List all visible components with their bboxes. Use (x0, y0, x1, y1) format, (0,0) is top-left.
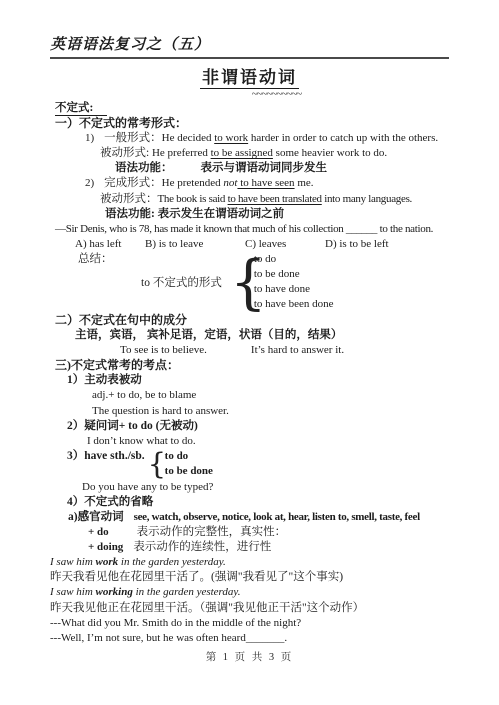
item-2-passive-text-end: into many languages. (322, 193, 412, 205)
function-2-label: 语法功能: (105, 208, 155, 220)
item-1-text: He decided (162, 132, 215, 144)
item-1-label: 一般形式： (104, 132, 162, 144)
point-3-line-1: Do you have any to be typed? (82, 480, 449, 495)
option-d: D) is to be left (325, 237, 389, 252)
point-1-line-1: adj.+ to do, be to blame (92, 388, 449, 403)
small-brace-glyph: { (148, 449, 158, 479)
document-page: 英语语法复习之（五） 非谓语动词 ~~~~~~~~~~ 不定式: 一）不定式的常… (0, 0, 499, 705)
item-2-italic: not (223, 177, 237, 189)
item-2-num: 2) (85, 177, 94, 189)
function-1-line: 语法功能：表示与谓语动词同步发生 (50, 161, 449, 176)
item-2-underlined: to have seen (237, 177, 294, 189)
item-2-text: He pretended (162, 177, 224, 189)
item-1-line: 1)一般形式：He decided to work harder in orde… (50, 131, 449, 146)
plus-doing-text: 表示动作的连续性，进行性 (133, 541, 271, 553)
example-1-text: I saw him (50, 556, 96, 568)
doc-title: 英语语法复习之（五） (50, 36, 449, 59)
section-1-title: 一）不定式的常考形式： (55, 116, 449, 131)
item-1-num: 1) (85, 132, 94, 144)
example-2-english: I saw him working in the garden yesterda… (50, 585, 449, 600)
plus-do-label: + do (88, 526, 109, 538)
summary-brace-block: 总结： to 不定式的形式 { to do to be done to have… (50, 252, 449, 313)
section-2-example-2: It’s hard to answer it. (251, 344, 344, 356)
point-1-line-2: The question is hard to answer. (92, 404, 449, 419)
plus-do-line: + do表示动作的完整性，真实性： (50, 525, 449, 540)
dialogue-line-1: ---What did you Mr. Smith do in the midd… (50, 616, 449, 631)
example-2-keyword: working (96, 586, 133, 598)
item-2-label: 完成形式： (104, 177, 162, 189)
point-3-item: to be done (165, 464, 213, 479)
plus-do-text: 表示动作的完整性，真实性： (137, 526, 287, 538)
brace-label: to 不定式的形式 (141, 274, 222, 290)
function-2-text: 表示发生在谓语动词之前 (158, 208, 285, 220)
example-2-chinese: 昨天我见他正在花园里干活。（强调"我见他正干活"这个动作） (50, 601, 449, 616)
point-2-title: 2）疑问词+ to do (无被动) (67, 419, 449, 434)
summary-label: 总结： (78, 252, 115, 267)
point-1-title: 1）主动表被动 (67, 373, 449, 388)
function-2-line: 语法功能: 表示发生在谓语动词之前 (50, 207, 449, 222)
point-4a-label: a)感官动词 (68, 511, 124, 523)
main-title: 非谓语动词 (200, 68, 299, 89)
section-2-roles: 主语，宾语， 宾补足语，定语，状语（目的，结果） (75, 328, 449, 343)
section-2-examples: To see is to believe.It’s hard to answer… (50, 343, 449, 358)
item-1-passive-text: He preferred (149, 147, 210, 159)
item-1-text-end: harder in order to catch up with the oth… (248, 132, 438, 144)
infinitive-heading: 不定式: (50, 101, 449, 116)
plus-doing-label: + doing (88, 541, 123, 553)
item-2-passive-underlined: to have been translated (228, 193, 322, 205)
item-1-passive-underlined: to be assigned (211, 147, 273, 159)
brace-glyph: { (230, 253, 246, 312)
item-2-passive-label: 被动形式： (100, 193, 158, 205)
function-1-label: 语法功能： (115, 162, 173, 174)
point-3-items: to do to be done (158, 449, 213, 480)
example-1-keyword: work (96, 556, 119, 568)
item-1-underlined: to work (214, 132, 248, 144)
item-2-line: 2)完成形式：He pretended not to have seen me. (50, 176, 449, 191)
dialogue-line-2: ---Well, I’m not sure, but he was often … (50, 631, 449, 646)
infinitive-heading-label: 不定式: (55, 102, 107, 116)
plus-doing-line: + doing表示动作的连续性，进行性 (50, 540, 449, 555)
section-2-example-1: To see is to believe. (120, 344, 207, 356)
main-title-row: 非谓语动词 (50, 67, 449, 91)
point-3-brace-block: 3）have sth./sb. { to do to be done (50, 449, 449, 480)
exam-question: ―Sir Denis, who is 78, has made it known… (55, 222, 449, 237)
point-3-item: to do (165, 449, 213, 464)
point-3-title: 3）have sth./sb. (67, 449, 145, 464)
point-4-title: 4）不定式的省略 (67, 495, 449, 510)
item-2-passive-text: The book is said (158, 193, 228, 205)
item-1-passive-line: 被动形式: He preferred to be assigned some h… (50, 146, 449, 161)
function-1-text: 表示与谓语动词同步发生 (201, 162, 328, 174)
point-2-line-1: I don’t know what to do. (87, 434, 449, 449)
page-footer: 第 1 页 共 3 页 (50, 649, 449, 664)
option-a: A) has left (75, 237, 145, 252)
example-2-text: I saw him (50, 586, 96, 598)
document-content: 英语语法复习之（五） 非谓语动词 ~~~~~~~~~~ 不定式: 一）不定式的常… (50, 36, 449, 664)
item-2-text-end: me. (295, 177, 314, 189)
item-1-passive-text-end: some heavier work to do. (273, 147, 387, 159)
example-1-english: I saw him work in the garden yesterday. (50, 555, 449, 570)
item-1-passive-label: 被动形式: (100, 147, 149, 159)
example-2-text-end: in the garden yesterday. (133, 586, 241, 598)
example-1-text-end: in the garden yesterday. (118, 556, 226, 568)
example-1-chinese: 昨天我看见他在花园里干活了。(强调"我看见了"这个事实) (50, 570, 449, 585)
item-2-passive-line: 被动形式：The book is said to have been trans… (50, 192, 449, 207)
point-4a-verbs: see, watch, observe, notice, look at, he… (134, 511, 420, 523)
point-4a-line: a)感官动词see, watch, observe, notice, look … (50, 510, 449, 525)
section-3-title: 三)不定式常考的考点： (55, 358, 449, 373)
